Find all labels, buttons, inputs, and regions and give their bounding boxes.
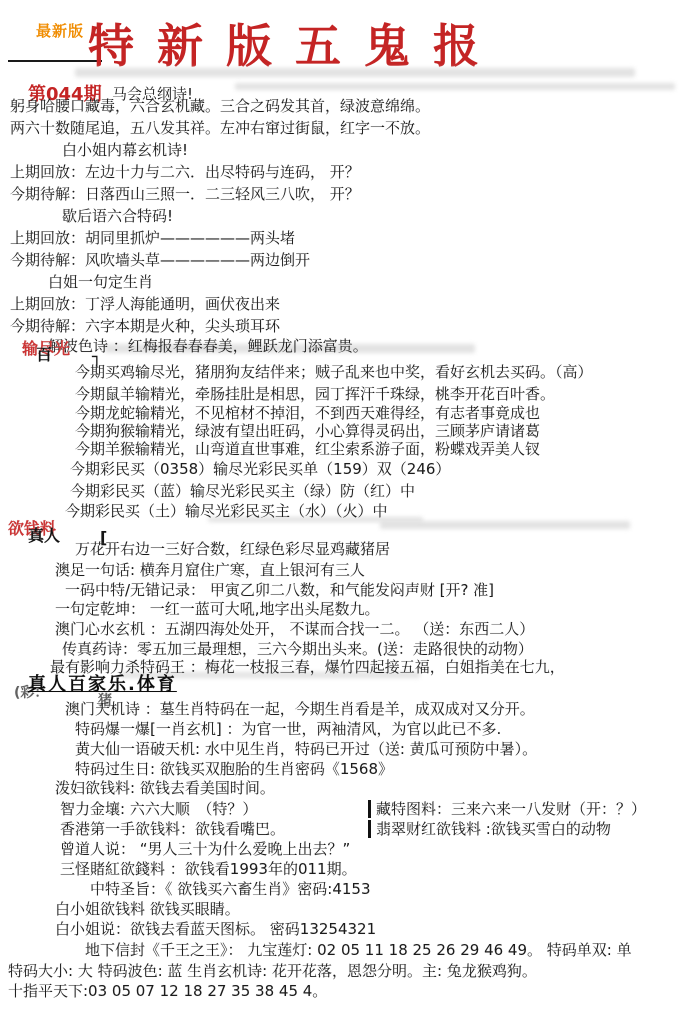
scan-artifact-band (380, 521, 630, 529)
tip-line: 黄大仙一语破天机: 水中见生肖，特码已开过（送: 黄瓜可预防中暑）。 (75, 740, 537, 758)
tip-line: 白小姐说：欲钱去看蓝天图标。 密码13254321 (55, 920, 376, 938)
tip-line: 曾道人说： “男人三十为什么爱晚上出去？” (60, 840, 350, 858)
tip-line-right: 藏特图料：三来六来一八发财（开：？） (368, 800, 646, 818)
tip-line: 今期彩民买（土）输尽光彩民买主（水）（火）中 (65, 502, 388, 520)
tip-line: 三怪賭紅欲錢料 ：欲钱看1993年的011期。 (60, 860, 357, 878)
tip-line: 今期羊猴输精光，山弯道直世事难，红尘索系游子面，粉蝶戏弄美人钗 (75, 440, 540, 458)
tip-line: 今期彩民买（0358）输尽光彩民买单（159）双（246） (70, 460, 450, 478)
tip-line: 今期鼠羊输精光，牵肠挂肚是相思，园丁挥汗千珠绿，桃李开花百叶香。 (75, 385, 555, 403)
page-title: 特新版五鬼报 (88, 10, 502, 76)
tip-line: 香港第一手欲钱料：欲钱看嘴巴。 (60, 820, 285, 838)
tip-line: 上期回放：左边十力与二六．出尽特码与连码， 开？ (10, 163, 360, 181)
ghost-overlay: 真人 (28, 527, 60, 545)
tip-line: 今期待解：日落西山三照一．二三轻风三八吹， 开？ (10, 185, 360, 203)
ghost-overlay: 百 (36, 346, 52, 364)
tip-line: 澳门天机诗 ：墓生肖特码在一起，今期生肖看是羊，成双成对又分开。 (65, 700, 535, 718)
tip-line: 今期狗猴输精光，绿波有望出旺码，小心算得灵码出，三顾茅庐请诸葛 (75, 422, 540, 440)
tip-line: 今期待解：六字本期是火种，尖头琐耳环 (10, 317, 280, 335)
tip-line: 今期待解：风吹墙头草——————两边倒开 (10, 251, 310, 269)
tip-line: 智力金壤: 六六大顺 （特？） (60, 800, 257, 818)
poem-line: 躬身哈腰口藏毒，六合玄机藏。三合之码发其首，绿波意绵绵。 (10, 97, 430, 115)
tip-line: 澳足一句话: 横奔月窟住广寒，直上银河有三人 (55, 561, 365, 579)
tip-line: 特码过生日: 欲钱买双胞胎的生肖密码《1568》 (75, 760, 393, 778)
tip-line: 上期回放：丁浮人海能通明，画伏夜出来 (10, 295, 280, 313)
tip-line: 泼妇欲钱料: 欲钱去看美国时间。 (55, 779, 275, 797)
poem-line: 两六十数随尾追，五八发其祥。左冲右窜过街鼠，红字一不放。 (10, 119, 430, 137)
tip-line: 今期买鸡输尽光，猪朋狗友结伴来；贼子乱来也中奖，看好玄机去买码。（高） (75, 363, 593, 381)
subsection-title: 白小姐内幕玄机诗! (62, 141, 188, 159)
subsection-title: 白姐一句定生肖 (48, 273, 153, 291)
edition-label: 最新版 (36, 20, 84, 41)
tip-line: 澳门心水玄机 ：五湖四海处处开， 不谋而合找一二。 （送：东西二人） (55, 620, 534, 638)
tip-line: 传真药诗：零五加三最理想，三六今期出头来。(送：走路很快的动物） (62, 640, 533, 658)
scan-artifact-band (235, 83, 675, 90)
tip-line: 白小姐欲钱料 欲钱买眼睛。 (55, 900, 240, 918)
tip-line: 特码爆一爆[一肖玄机] ：为官一世，两袖清风，为官以此已不多. (75, 720, 501, 738)
tip-line: 今期龙蛇输精光，不见棺材不掉泪，不到西天难得经，有志者事竟成也 (75, 404, 540, 422)
scan-artifact-band (75, 68, 635, 77)
tip-line: 上期回放：胡同里抓炉——————两头堵 (10, 229, 295, 247)
section-heading-baccarat: 真人百家乐.体育 (28, 676, 177, 694)
tip-line: 一码中特/无错记录： 甲寅乙卯二八数，和气能发闷声财 [开? 准] (65, 581, 494, 599)
tip-line: 特码大小: 大 特码波色: 蓝 生肖玄机诗: 花开花落，恩怨分明。主: 兔龙猴鸡… (8, 962, 537, 980)
subsection-title: 歇后语六合特码! (62, 207, 173, 225)
tip-line: 万花开右边一三好合数，红绿色彩尽显鸡藏猪居 (75, 540, 390, 558)
tip-line: 中特圣旨：《 欲钱买六畜生肖》密码:4153 (90, 880, 371, 898)
tip-line-right: 翡翠财红欲钱料 :欲钱买雪白的动物 (368, 820, 611, 838)
tip-line: 一句定乾坤： 一红一蓝可大吼,地字出头尾数九。 (55, 600, 380, 618)
tip-line: 地下信封《千王之王》： 九宝莲灯: 02 05 11 18 25 26 29 4… (85, 941, 632, 959)
tip-line: 今期彩民买（蓝）输尽光彩民买主（绿）防（红）中 (70, 482, 415, 500)
tip-line: 十指平天下:03 05 07 12 18 27 35 38 45 4。 (8, 982, 327, 1000)
tip-sheet-page: 最新版 特新版五鬼报 第044期 马会总纲诗! 躬身哈腰口藏毒，六合玄机藏。三合… (0, 0, 681, 1017)
